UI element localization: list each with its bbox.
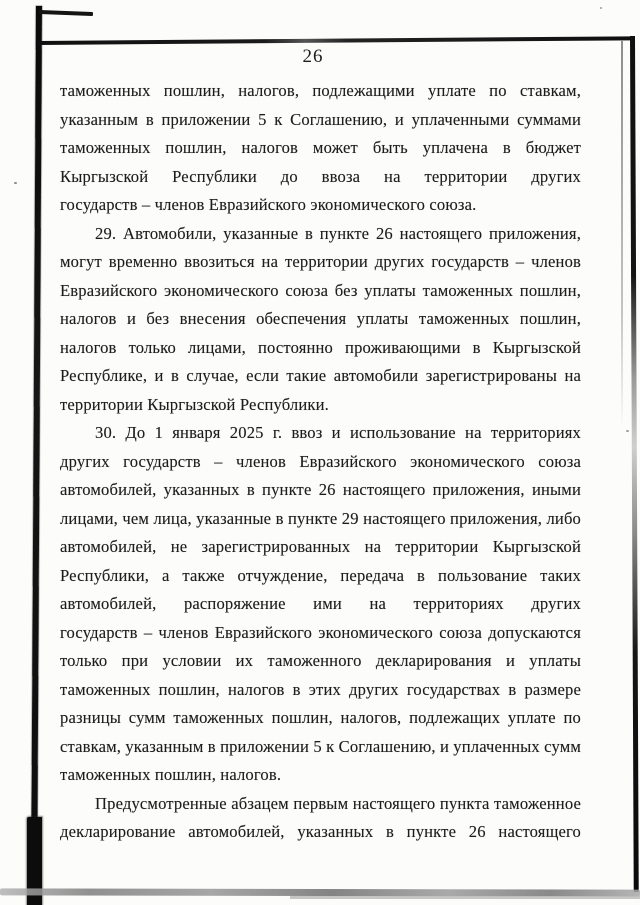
text-line: декларирование автомобилей, указанных в …: [60, 818, 581, 847]
text-line: таможенных пошлин, налогов.: [60, 761, 581, 790]
scan-speck: [626, 430, 629, 432]
text-line: лицами, чем лица, указанные в пункте 29 …: [60, 505, 581, 534]
scan-artifact-bottom-smudge: [0, 888, 640, 896]
scan-artifact-left-bottom-blotch: [27, 817, 42, 905]
text-line: 29. Автомобили, указанные в пункте 26 на…: [60, 220, 581, 249]
scan-artifact-top-left-tick: [39, 10, 93, 16]
scan-artifact-right-inner-line: [621, 40, 623, 430]
text-line: Республике, и в случае, если такие автом…: [60, 362, 581, 391]
document-body: таможенных пошлин, налогов, подлежащими …: [60, 77, 581, 847]
text-line: Кыргызской Республики до ввоза на террит…: [60, 163, 581, 192]
text-line: могут временно ввозиться на территории д…: [60, 248, 581, 277]
text-line: ставкам, указанным в приложении 5 к Согл…: [60, 733, 581, 762]
scanned-document-page: 26 таможенных пошлин, налогов, подлежащи…: [0, 0, 640, 905]
scan-speck: [14, 182, 17, 184]
text-line: только при условии их таможенного деклар…: [60, 647, 581, 676]
scan-artifact-right-border-line: [630, 36, 638, 892]
text-line: автомобилей, распоряжение ими на террито…: [60, 590, 581, 619]
text-line: таможенных пошлин, налогов может быть уп…: [60, 134, 581, 163]
text-line: таможенных пошлин, налогов, подлежащими …: [60, 77, 581, 106]
text-line: налогов и без внесения обеспечения уплат…: [60, 305, 581, 334]
text-line: других государств – членов Евразийского …: [60, 448, 581, 477]
text-line: автомобилей, указанных в пункте 26 насто…: [60, 476, 581, 505]
text-line: Предусмотренные абзацем первым настоящег…: [60, 790, 581, 819]
scan-speck: [600, 7, 602, 9]
text-line: 30. До 1 января 2025 г. ввоз и использов…: [60, 419, 581, 448]
text-line: указанным в приложении 5 к Соглашению, и…: [60, 106, 581, 135]
scan-artifact-top-border-line: [38, 36, 632, 44]
text-line: Евразийского экономического союза без уп…: [60, 277, 581, 306]
text-line: таможенных пошлин, налогов в этих других…: [60, 676, 581, 705]
scan-artifact-left-edge-bar: [31, 6, 42, 905]
text-line: Республики, а также отчуждение, передача…: [60, 562, 581, 591]
text-line: территории Кыргызской Республики.: [60, 391, 581, 420]
text-line: налогов только лицами, постоянно прожива…: [60, 334, 581, 363]
text-line: государств – членов Евразийского экономи…: [60, 191, 581, 220]
text-line: государств – членов Евразийского экономи…: [60, 619, 581, 648]
scan-artifact-bottom-smudge-secondary: [290, 896, 640, 899]
text-line: разницы сумм таможенных пошлин, налогов,…: [60, 704, 581, 733]
page-number: 26: [60, 46, 566, 68]
text-line: автомобилей, не зарегистрированных на те…: [60, 533, 581, 562]
